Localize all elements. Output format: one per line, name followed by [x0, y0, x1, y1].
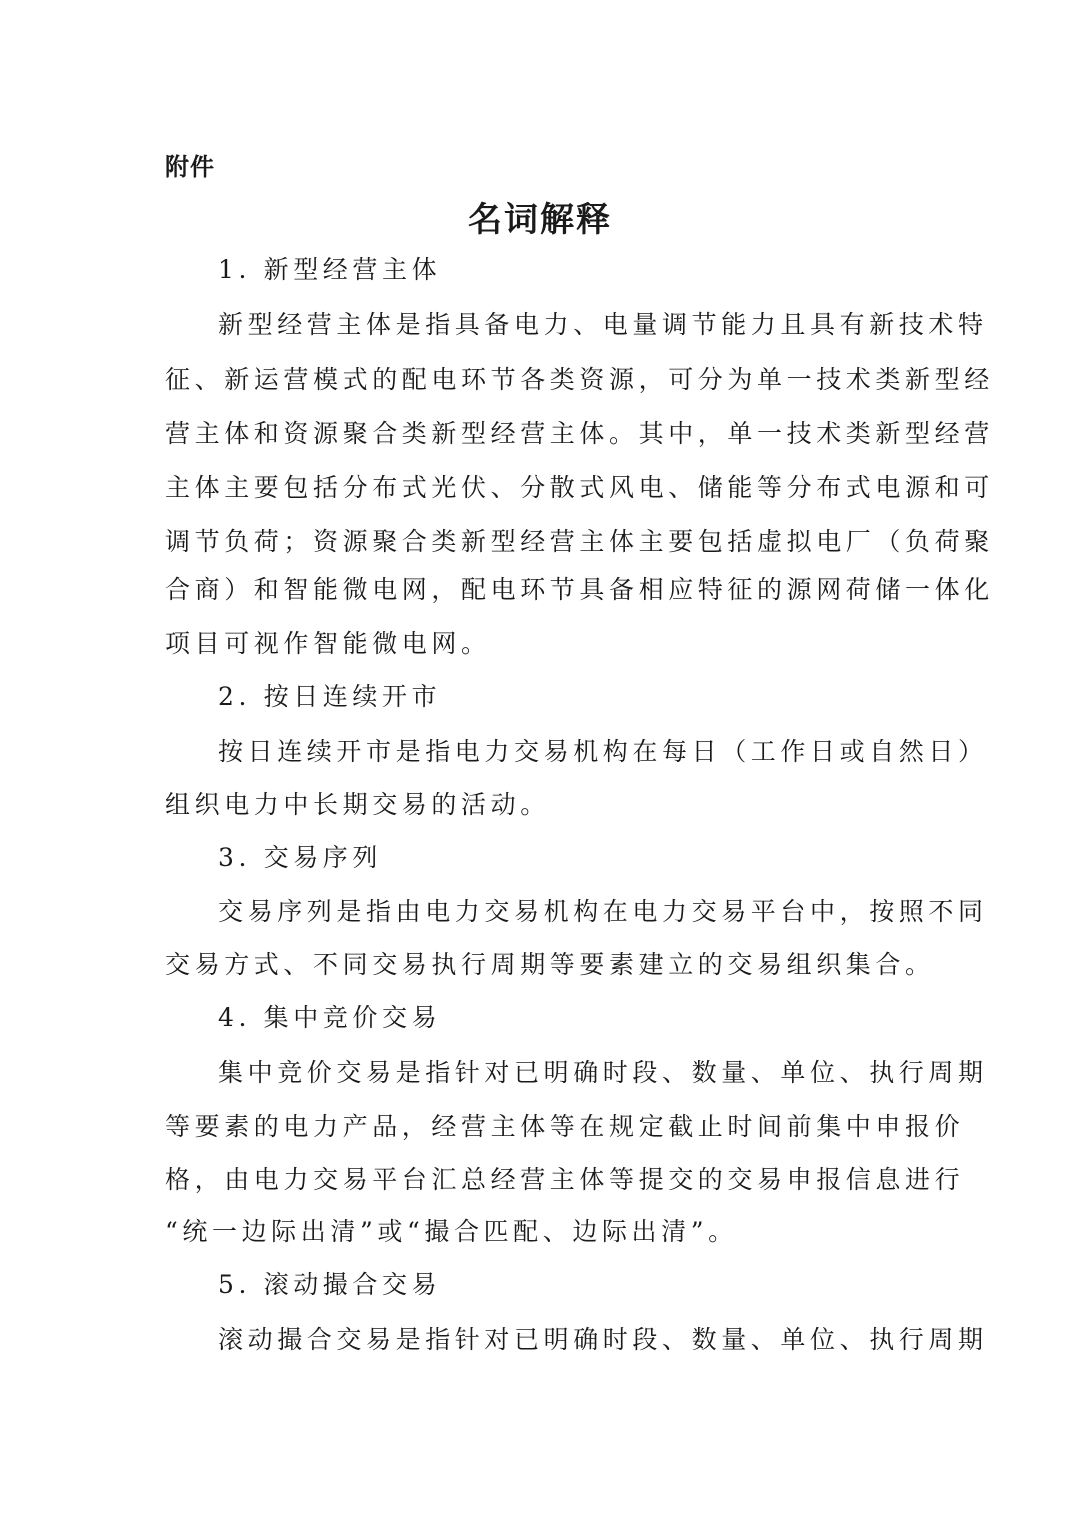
paragraph-line: 集中竞价交易是指针对已明确时段、数量、单位、执行周期	[218, 1058, 988, 1088]
paragraph-line: 格，由电力交易平台汇总经营主体等提交的交易申报信息进行	[165, 1165, 964, 1195]
paragraph-line: 合商）和智能微电网，配电环节具备相应特征的源网荷储一体化	[165, 575, 994, 605]
section-heading: 4. 集中竞价交易	[218, 1003, 441, 1033]
section-heading: 3. 交易序列	[218, 843, 382, 873]
section-heading: 1. 新型经营主体	[218, 255, 441, 285]
paragraph-line: 按日连续开市是指电力交易机构在每日（工作日或自然日）	[218, 737, 988, 767]
paragraph-line: 等要素的电力产品，经营主体等在规定截止时间前集中申报价	[165, 1112, 964, 1142]
section-heading: 5. 滚动撮合交易	[218, 1270, 441, 1300]
attachment-label: 附件	[165, 147, 215, 182]
paragraph-line: 营主体和资源聚合类新型经营主体。其中，单一技术类新型经营	[165, 419, 994, 449]
paragraph-line: 组织电力中长期交易的活动。	[165, 790, 550, 820]
section-heading: 2. 按日连续开市	[218, 682, 441, 712]
page-title: 名词解释	[0, 192, 1080, 241]
paragraph-line: 项目可视作智能微电网。	[165, 629, 491, 659]
paragraph-line: 交易序列是指由电力交易机构在电力交易平台中，按照不同	[218, 897, 988, 927]
paragraph-line: 新型经营主体是指具备电力、电量调节能力且具有新技术特	[218, 310, 988, 340]
paragraph-line: 征、新运营模式的配电环节各类资源，可分为单一技术类新型经	[165, 365, 994, 395]
paragraph-line: 交易方式、不同交易执行周期等要素建立的交易组织集合。	[165, 950, 935, 980]
paragraph-line: 主体主要包括分布式光伏、分散式风电、储能等分布式电源和可	[165, 473, 994, 503]
paragraph-line: “统一边际出清”或“撮合匹配、边际出清”。	[165, 1217, 738, 1247]
paragraph-line: 调节负荷；资源聚合类新型经营主体主要包括虚拟电厂（负荷聚	[165, 527, 994, 557]
paragraph-line: 滚动撮合交易是指针对已明确时段、数量、单位、执行周期	[218, 1325, 988, 1355]
